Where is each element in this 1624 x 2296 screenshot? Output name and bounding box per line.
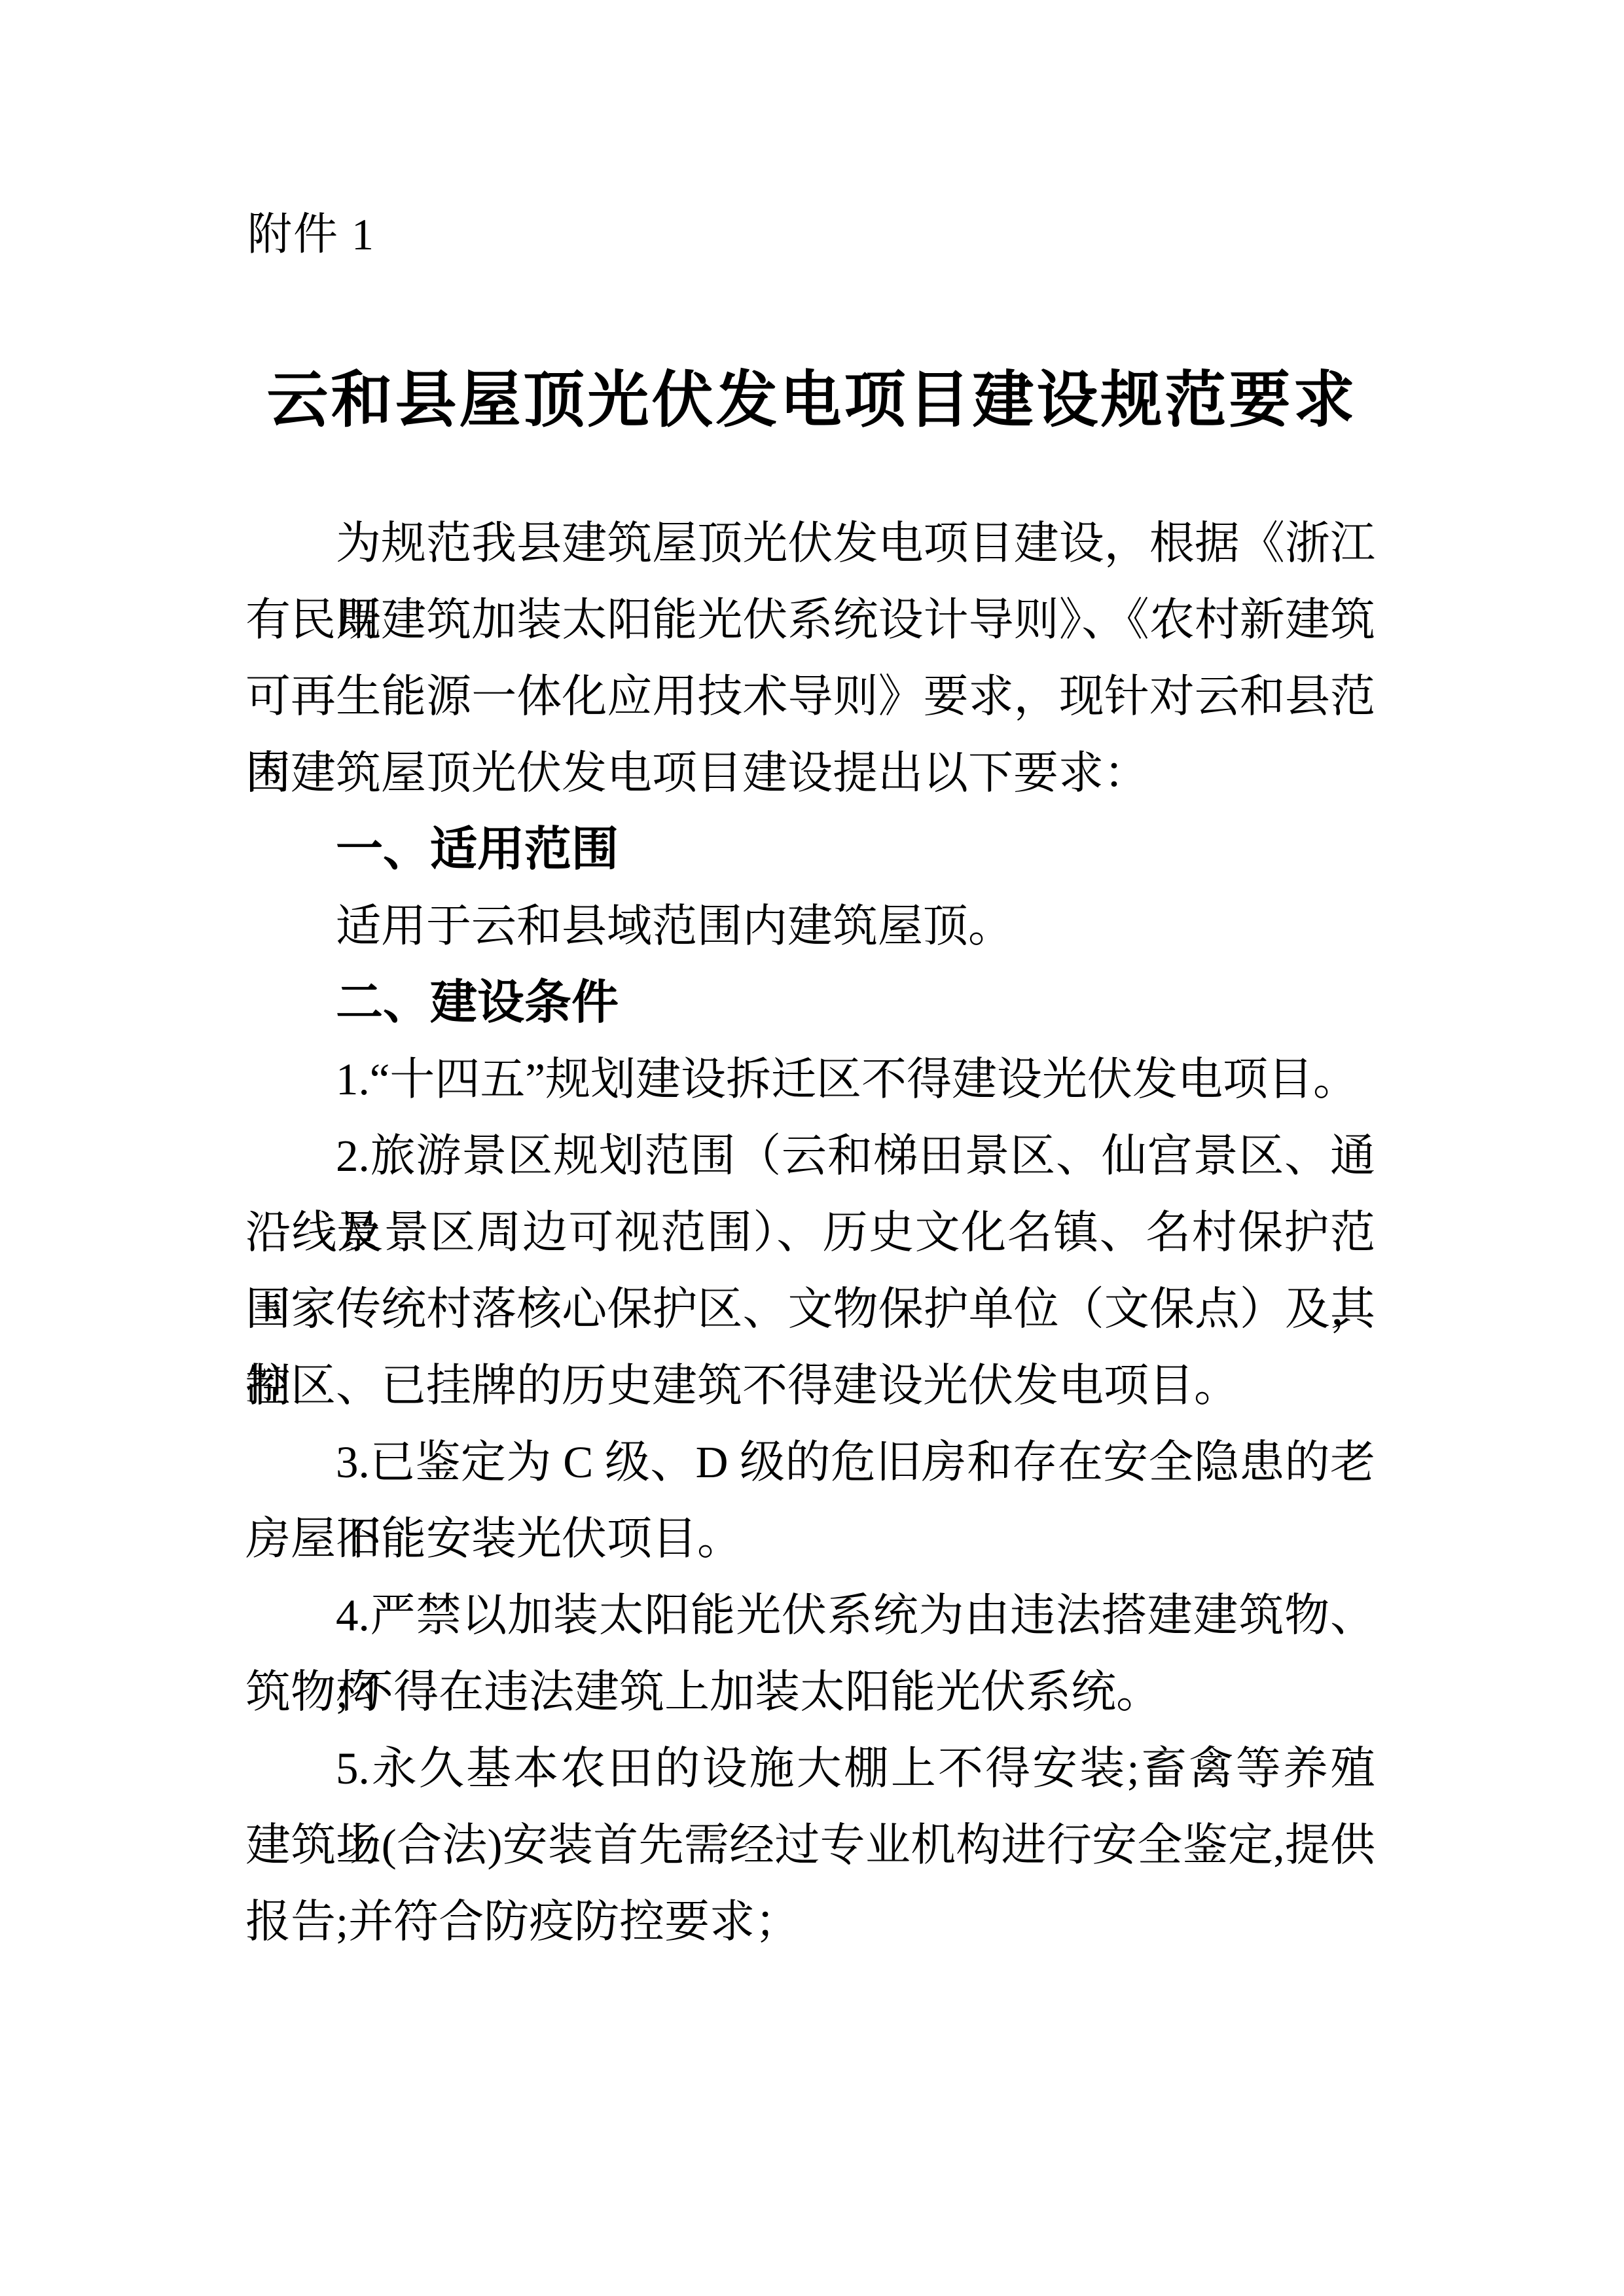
body-line: 3.已鉴定为 C 级、D 级的危旧房和存在安全隐患的老旧 — [245, 1424, 1375, 1501]
body-line: 制区、已挂牌的历史建筑不得建设光伏发电项目。 — [245, 1348, 1375, 1424]
body-line: 2.旅游景区规划范围（云和梯田景区、仙宫景区、通景 — [245, 1118, 1375, 1194]
body-line: 建筑上(合法)安装首先需经过专业机构进行安全鉴定,提供 — [245, 1807, 1375, 1884]
document-title: 云和县屋顶光伏发电项目建设规范要求 — [0, 350, 1624, 439]
body-line: 5.永久基本农田的设施大棚上不得安装;畜禽等养殖场 — [245, 1731, 1375, 1807]
body-line: 国家传统村落核心保护区、文物保护单位（文保点）及其控 — [245, 1271, 1375, 1348]
body-line: 为规范我县建筑屋顶光伏发电项目建设，根据《浙江既 — [245, 505, 1375, 582]
body-line: 可再生能源一体化应用技术导则》要求，现针对云和县范围 — [245, 658, 1375, 735]
document-body: 为规范我县建筑屋顶光伏发电项目建设，根据《浙江既有民用建筑加装太阳能光伏系统设计… — [245, 505, 1375, 1960]
body-line: 4.严禁以加装太阳能光伏系统为由违法搭建建筑物、构 — [245, 1577, 1375, 1654]
section-heading: 二、建设条件 — [245, 965, 1375, 1041]
body-line: 筑物;不得在违法建筑上加装太阳能光伏系统。 — [245, 1654, 1375, 1731]
body-line: 房屋不能安装光伏项目。 — [245, 1501, 1375, 1577]
attachment-label: 附件 1 — [247, 208, 375, 262]
body-line: 内建筑屋顶光伏发电项目建设提出以下要求： — [245, 735, 1375, 812]
body-line: 1.“十四五”规划建设拆迁区不得建设光伏发电项目。 — [245, 1041, 1375, 1118]
body-line: 沿线及景区周边可视范围）、历史文化名镇、名村保护范围， — [245, 1194, 1375, 1271]
body-line: 报告;并符合防疫防控要求； — [245, 1884, 1375, 1960]
body-line: 适用于云和县域范围内建筑屋顶。 — [245, 888, 1375, 965]
body-line: 有民用建筑加装太阳能光伏系统设计导则》、《农村新建筑 — [245, 582, 1375, 658]
document-page: 附件 1 云和县屋顶光伏发电项目建设规范要求 为规范我县建筑屋顶光伏发电项目建设… — [0, 0, 1624, 2296]
section-heading: 一、适用范围 — [245, 812, 1375, 888]
